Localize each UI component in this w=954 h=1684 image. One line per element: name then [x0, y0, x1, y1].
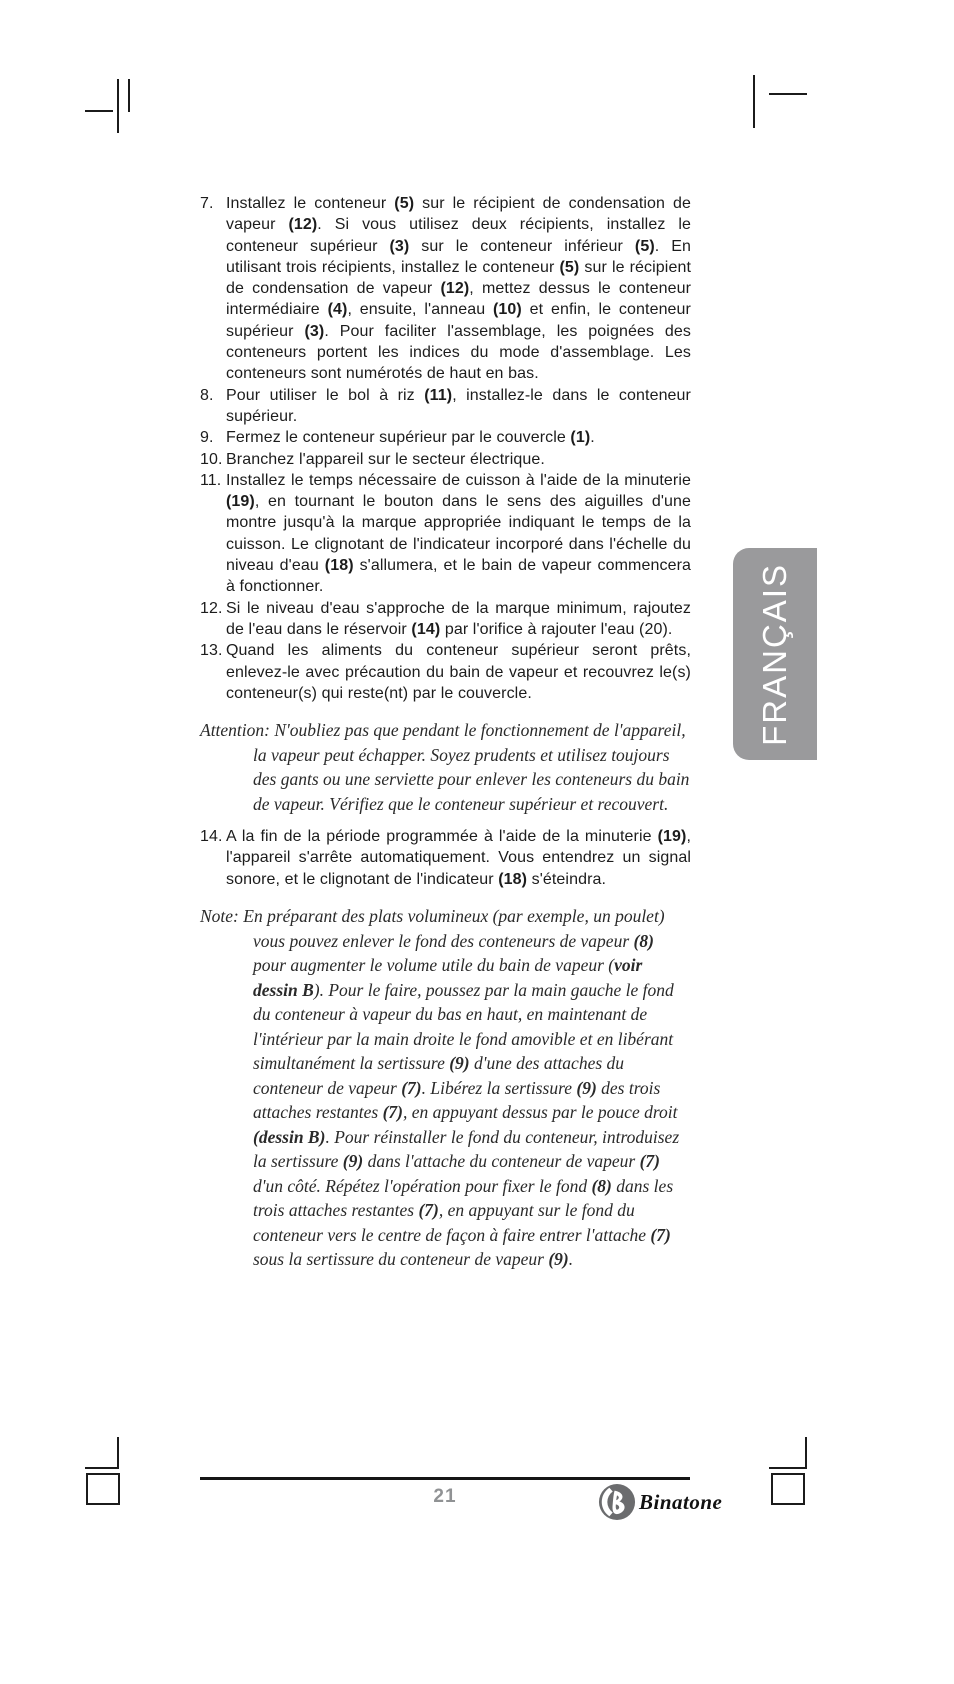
crop-mark-bottom-right-h — [769, 1467, 807, 1469]
binatone-wordmark: Binatone — [639, 1490, 722, 1515]
crop-mark-top-right-h — [769, 93, 807, 95]
item-text: Pour utiliser le bol à riz (11), install… — [226, 387, 691, 425]
list-item-14: 14.A la fin de la période programmée à l… — [200, 826, 691, 890]
attention-note: Attention: N'oubliez pas que pendant le … — [200, 718, 691, 816]
crop-mark-top-left-v1 — [117, 79, 119, 133]
item-number: 13. — [200, 640, 223, 661]
item-text: A la fin de la période programmée à l'ai… — [226, 828, 691, 888]
crop-mark-top-right-v — [753, 75, 755, 128]
crop-mark-bottom-right-box — [771, 1473, 805, 1505]
binatone-logo-icon — [598, 1483, 636, 1521]
list-item-11: 11.Installez le temps nécessaire de cuis… — [200, 470, 691, 598]
manual-page: 7.Installez le conteneur (5) sur le réci… — [0, 0, 954, 1684]
list-item-10: 10.Branchez l'appareil sur le secteur él… — [200, 449, 691, 470]
item-number: 9. — [200, 427, 214, 448]
language-tab: FRANÇAIS — [733, 548, 817, 760]
item-text: Installez le temps nécessaire de cuisson… — [226, 472, 691, 595]
crop-mark-top-left-v2 — [128, 79, 130, 112]
list-item-8: 8.Pour utiliser le bol à riz (11), insta… — [200, 385, 691, 428]
item-text: Fermez le conteneur supérieur par le cou… — [226, 429, 595, 446]
item-number: 12. — [200, 598, 223, 619]
serif-label: Note: — [200, 906, 239, 926]
item-text: Quand les aliments du conteneur supérieu… — [226, 642, 691, 702]
item-text: Si le niveau d'eau s'approche de la marq… — [226, 600, 691, 638]
list-item-9: 9.Fermez le conteneur supérieur par le c… — [200, 427, 691, 448]
crop-mark-bottom-left-v — [117, 1437, 119, 1469]
item-number: 14. — [200, 826, 223, 847]
item-text: Installez le conteneur (5) sur le récipi… — [226, 195, 691, 382]
item-number: 7. — [200, 193, 214, 214]
crop-mark-bottom-left-h — [85, 1467, 119, 1469]
footer-rule — [200, 1477, 690, 1480]
list-item-7: 7.Installez le conteneur (5) sur le réci… — [200, 193, 691, 385]
list-item-13: 13.Quand les aliments du conteneur supér… — [200, 640, 691, 704]
language-tab-label: FRANÇAIS — [756, 563, 794, 746]
crop-mark-bottom-right-v — [805, 1437, 807, 1469]
instruction-list: 7.Installez le conteneur (5) sur le réci… — [200, 193, 691, 1282]
note-paragraph: Note: En préparant des plats volumineux … — [200, 904, 691, 1272]
crop-mark-bottom-left-box — [86, 1473, 120, 1505]
item-text: Branchez l'appareil sur le secteur élect… — [226, 451, 545, 468]
list-item-12: 12.Si le niveau d'eau s'approche de la m… — [200, 598, 691, 641]
crop-mark-top-left-h — [85, 110, 113, 112]
binatone-logo: Binatone — [598, 1483, 722, 1521]
item-number: 11. — [200, 470, 221, 491]
serif-label: Attention: — [200, 720, 270, 740]
item-number: 10. — [200, 449, 223, 470]
item-number: 8. — [200, 385, 214, 406]
